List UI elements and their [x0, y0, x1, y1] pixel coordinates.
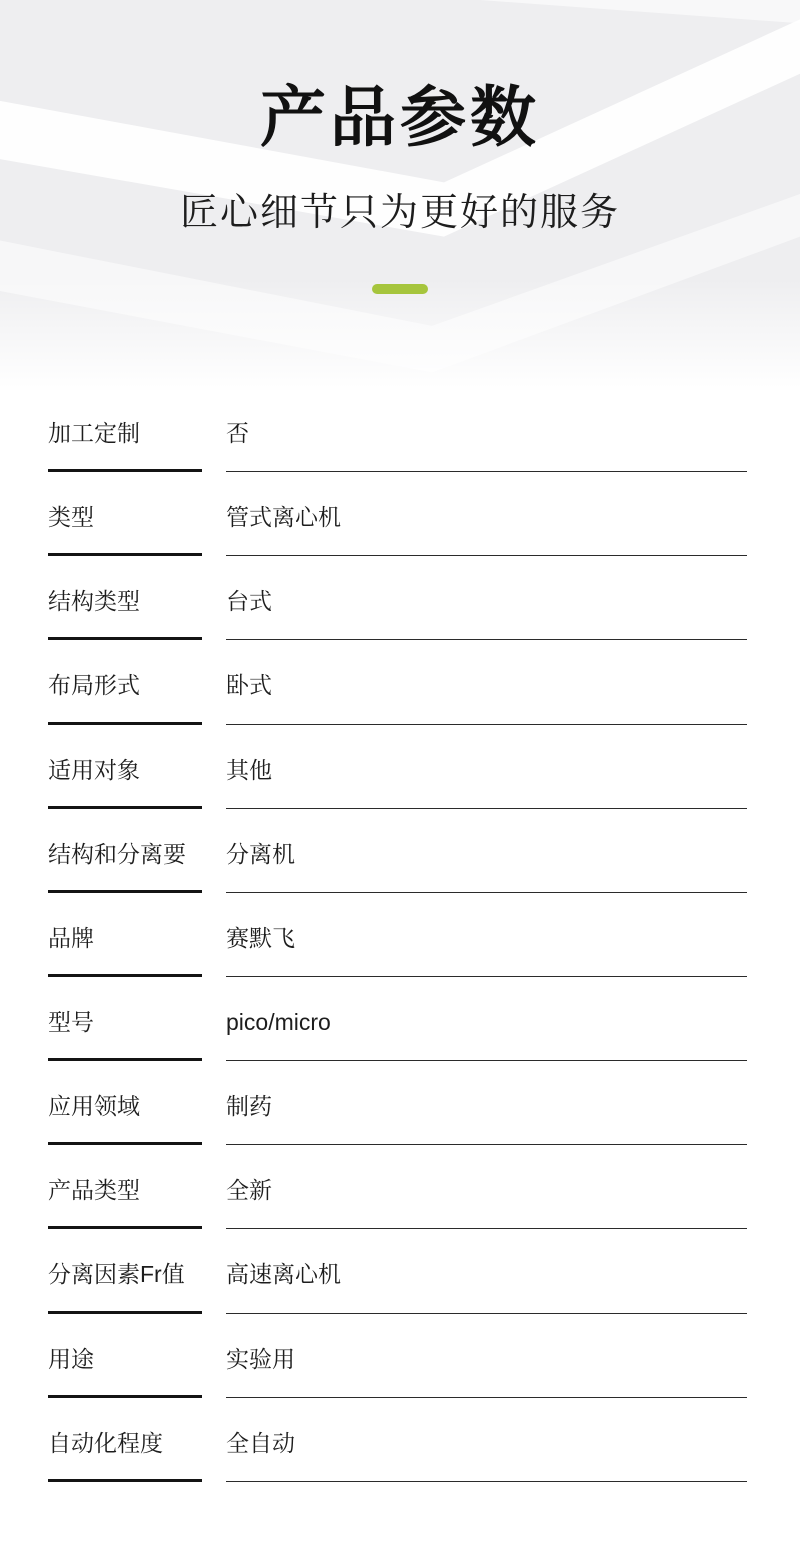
spec-row: 型号 pico/micro [48, 977, 747, 1061]
spec-row: 结构类型 台式 [48, 556, 747, 640]
spec-label: 结构和分离要 [48, 809, 202, 893]
spec-label: 用途 [48, 1314, 202, 1398]
spec-label: 型号 [48, 977, 202, 1061]
spec-table: 加工定制 否 类型 管式离心机 结构类型 台式 布局形式 卧式 适用对象 其他 … [0, 388, 800, 1482]
spec-row: 品牌 赛默飞 [48, 893, 747, 977]
spec-label: 自动化程度 [48, 1398, 202, 1482]
spec-row: 自动化程度 全自动 [48, 1398, 747, 1482]
spec-row: 用途 实验用 [48, 1314, 747, 1398]
spec-value: 其他 [226, 725, 747, 809]
spec-label: 类型 [48, 472, 202, 556]
spec-value: 全自动 [226, 1398, 747, 1482]
spec-row: 应用领域 制药 [48, 1061, 747, 1145]
accent-divider [372, 284, 428, 294]
page-title: 产品参数 [0, 0, 800, 150]
spec-value: 赛默飞 [226, 893, 747, 977]
spec-row: 结构和分离要 分离机 [48, 809, 747, 893]
spec-row: 产品类型 全新 [48, 1145, 747, 1229]
spec-value: 实验用 [226, 1314, 747, 1398]
product-parameters-page: 产品参数 匠心细节只为更好的服务 加工定制 否 类型 管式离心机 结构类型 台式… [0, 0, 800, 1568]
bg-fade-to-white [0, 278, 800, 388]
page-subtitle: 匠心细节只为更好的服务 [0, 194, 800, 232]
spec-row: 加工定制 否 [48, 388, 747, 472]
spec-value: pico/micro [226, 977, 747, 1061]
spec-value: 高速离心机 [226, 1229, 747, 1313]
spec-label: 适用对象 [48, 725, 202, 809]
spec-row: 布局形式 卧式 [48, 640, 747, 724]
spec-value: 分离机 [226, 809, 747, 893]
spec-value: 制药 [226, 1061, 747, 1145]
spec-value: 全新 [226, 1145, 747, 1229]
spec-label: 品牌 [48, 893, 202, 977]
spec-label: 结构类型 [48, 556, 202, 640]
spec-label: 布局形式 [48, 640, 202, 724]
header-section: 产品参数 匠心细节只为更好的服务 [0, 0, 800, 388]
spec-label: 分离因素Fr值 [48, 1229, 202, 1313]
spec-value: 否 [226, 388, 747, 472]
spec-value: 卧式 [226, 640, 747, 724]
spec-label: 加工定制 [48, 388, 202, 472]
spec-row: 适用对象 其他 [48, 725, 747, 809]
spec-row: 分离因素Fr值 高速离心机 [48, 1229, 747, 1313]
spec-value: 管式离心机 [226, 472, 747, 556]
spec-value: 台式 [226, 556, 747, 640]
spec-label: 应用领域 [48, 1061, 202, 1145]
spec-label: 产品类型 [48, 1145, 202, 1229]
spec-row: 类型 管式离心机 [48, 472, 747, 556]
